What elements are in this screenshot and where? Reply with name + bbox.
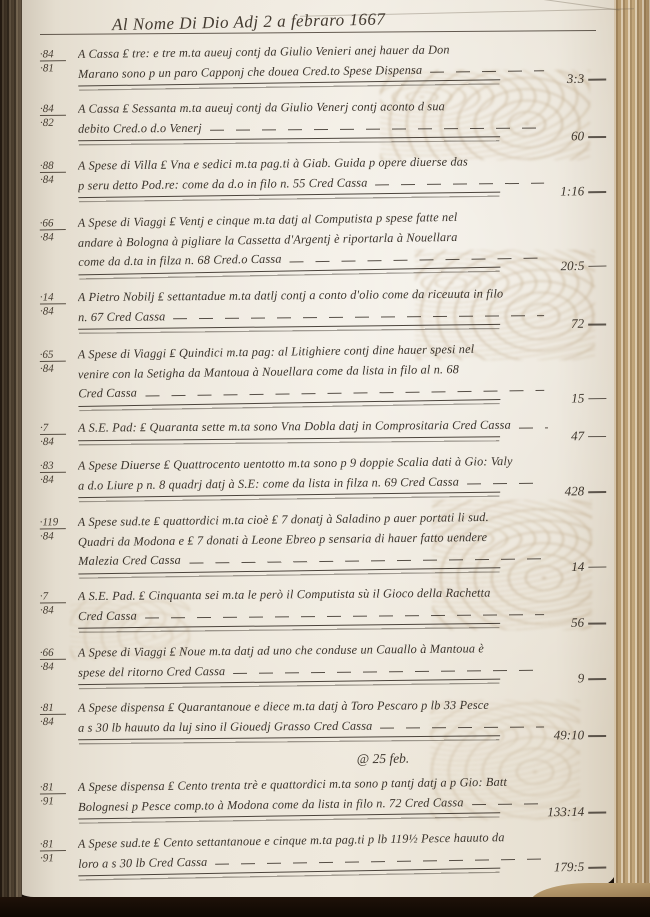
dash-filler xyxy=(519,424,548,432)
entry-line: a s 30 lb hauuto da luj sino il Giouedj … xyxy=(78,715,548,738)
dash-filler xyxy=(380,724,544,733)
entry-line-text: p seru detto Pod.re: come da d.o in filo… xyxy=(78,173,368,196)
entry-line-text: a d.o Liure p n. 8 quadrj datj à S.E: co… xyxy=(78,472,459,495)
ledger-entry: ·119 ·84 A Spese sud.te ₤ quattordici m.… xyxy=(40,504,607,577)
folio-bottom: ·84 xyxy=(40,360,66,374)
folio-bottom: ·91 xyxy=(40,793,66,807)
table-background xyxy=(0,897,650,917)
entry-amount: 1:16 xyxy=(560,183,606,199)
folio-numbers: ·83 ·84 xyxy=(40,459,74,485)
folio-bottom: ·84 xyxy=(40,229,66,243)
ledger-entry: ·65 ·84 A Spese di Viaggi ₤ Quindici m.t… xyxy=(40,336,607,410)
entry-line-text: Cred Cassa xyxy=(78,383,137,403)
dash-filler xyxy=(430,68,544,77)
entry-amount: 49:10 xyxy=(554,727,606,743)
folio-numbers: ·66 ·84 xyxy=(40,647,74,673)
entry-line-text: come da d.ta in filza n. 68 Cred.o Cassa xyxy=(78,250,282,273)
ledger-entry: ·7 ·84 A S.E. Pad. ₤ Cinquanta sei m.ta … xyxy=(40,581,606,633)
ledger-content: Al Nome Di Dio Adj 2 a febraro 1667 ·84 … xyxy=(40,4,606,885)
dash-filler xyxy=(145,386,544,400)
dash-filler xyxy=(189,555,544,567)
folio-top: ·84 xyxy=(40,48,74,60)
entry-amount: 3:3 xyxy=(567,71,607,87)
dash-filler xyxy=(467,479,544,488)
entry-line-text: Malezia Cred Cassa xyxy=(78,550,181,571)
ledger-entry: ·66 ·84 A Spese di Viaggi ₤ Ventj e cinq… xyxy=(40,204,607,279)
entry-line-text: n. 67 Cred Cassa xyxy=(78,306,166,326)
entry-amount: 428 xyxy=(565,483,607,499)
date-divider: @ 25 feb. xyxy=(160,748,606,770)
entry-line: A S.E. Pad. ₤ Cinquanta sei m.ta le però… xyxy=(78,583,548,607)
folio-top: ·65 xyxy=(40,348,74,360)
folio-bottom: ·84 xyxy=(40,528,66,542)
entry-amount: 14 xyxy=(571,558,606,574)
entry-amount: 133:14 xyxy=(547,804,606,821)
folio-numbers: ·65 ·84 xyxy=(40,348,74,374)
dash-filler xyxy=(145,611,544,622)
folio-top: ·83 xyxy=(40,459,74,471)
folio-top: ·119 xyxy=(40,516,74,528)
folio-bottom: ·84 xyxy=(40,602,66,616)
entry-line-text: a s 30 lb hauuto da luj sino il Giouedj … xyxy=(78,716,373,738)
folio-top: ·88 xyxy=(40,160,74,172)
folio-bottom: ·84 xyxy=(40,659,66,673)
folio-numbers: ·7 ·84 xyxy=(40,590,74,616)
dash-filler xyxy=(472,801,545,810)
underlying-page-edges xyxy=(614,0,650,917)
entry-line: A S.E. Pad: ₤ Quaranta sette m.ta sono V… xyxy=(78,415,548,438)
entry-amount: 72 xyxy=(571,315,606,331)
entry-amount: 15 xyxy=(571,389,606,405)
entry-line: debito Cred.o d.o Venerj xyxy=(78,116,548,139)
ledger-entry: ·83 ·84 A Spese Diuerse ₤ Quattrocento u… xyxy=(40,449,606,502)
folio-numbers: ·81 ·91 xyxy=(40,838,74,865)
entry-line-text: Cred Cassa xyxy=(78,606,137,626)
entry-line: A Pietro Nobilj ₤ settantadue m.ta datlj… xyxy=(78,284,548,308)
entry-amount: 47 xyxy=(571,428,606,444)
ledger-entry: ·84 ·81 A Cassa ₤ tre: e tre m.ta aueuj … xyxy=(40,37,607,91)
folio-numbers: ·119 ·84 xyxy=(40,516,74,542)
folio-top: ·81 xyxy=(40,838,74,851)
entry-line-text: loro a s 30 lb Cred Cassa xyxy=(78,852,208,874)
folio-numbers: ·14 ·84 xyxy=(40,291,74,317)
folio-bottom: ·84 xyxy=(40,714,66,728)
folio-numbers: ·84 ·82 xyxy=(40,103,74,129)
folio-top: ·66 xyxy=(40,647,74,659)
folio-top: ·14 xyxy=(40,291,74,303)
ledger-entry: ·14 ·84 A Pietro Nobilj ₤ settantadue m.… xyxy=(40,281,606,333)
dash-filler xyxy=(173,312,544,323)
entry-amount: 9 xyxy=(578,670,607,686)
folio-top: ·7 xyxy=(40,590,74,602)
dash-filler xyxy=(210,125,544,135)
folio-numbers: ·81 ·84 xyxy=(40,702,74,728)
entry-line-text: debito Cred.o d.o Venerj xyxy=(78,118,202,138)
entry-amount: 56 xyxy=(571,615,606,631)
folio-bottom: ·91 xyxy=(40,850,66,864)
folio-numbers: ·66 ·84 xyxy=(40,217,74,244)
folio-top: ·7 xyxy=(40,422,74,434)
entry-amount: 20:5 xyxy=(560,257,606,274)
folio-numbers: ·84 ·81 xyxy=(40,48,74,74)
folio-bottom: ·81 xyxy=(40,60,66,74)
dash-filler xyxy=(375,180,544,190)
folio-bottom: ·82 xyxy=(40,115,66,129)
dash-filler xyxy=(233,667,544,678)
ledger-entry: ·88 ·84 A Spese di Villa ₤ Vna e sedici … xyxy=(40,149,606,202)
manuscript-photo: Al Nome Di Dio Adj 2 a febraro 1667 ·84 … xyxy=(0,0,650,917)
folio-numbers: ·81 ·91 xyxy=(40,781,74,807)
entry-amount: 60 xyxy=(571,128,606,144)
book-binding-gutter xyxy=(0,0,22,917)
entry-amount: 179:5 xyxy=(554,859,607,876)
folio-numbers: ·7 ·84 xyxy=(40,422,74,448)
entry-line-text: A S.E. Pad: ₤ Quaranta sette m.ta sono V… xyxy=(78,416,511,439)
entry-line: n. 67 Cred Cassa xyxy=(78,303,548,327)
folio-top: ·84 xyxy=(40,103,74,115)
ledger-entry: ·84 ·82 A Cassa ₤ Sessanta m.ta aueuj co… xyxy=(40,94,606,145)
ledger-entry: ·66 ·84 A Spese di Viaggi ₤ Noue m.ta da… xyxy=(40,636,606,689)
ledger-entry: ·81 ·91 A Spese sud.te ₤ Cento settantan… xyxy=(40,825,607,881)
dash-filler xyxy=(290,254,545,266)
folio-bottom: ·84 xyxy=(40,303,66,317)
ledger-entry: ·7 ·84 A S.E. Pad: ₤ Quaranta sette m.ta… xyxy=(40,413,606,444)
entry-line: A Spese dispensa ₤ Quarantanoue e diece … xyxy=(78,695,548,718)
entry-line-text: spese del ritorno Cred Cassa xyxy=(78,662,225,683)
folio-bottom: ·84 xyxy=(40,434,66,448)
folio-bottom: ·84 xyxy=(40,172,66,186)
ledger-entry: ·81 ·84 A Spese dispensa ₤ Quarantanoue … xyxy=(40,693,606,744)
ledger-entry: ·81 ·91 A Spese dispensa ₤ Cento trenta … xyxy=(40,770,607,824)
folio-top: ·81 xyxy=(40,781,74,793)
folio-bottom: ·84 xyxy=(40,471,66,485)
folio-top: ·66 xyxy=(40,217,74,230)
folio-numbers: ·88 ·84 xyxy=(40,160,74,186)
folio-top: ·81 xyxy=(40,702,74,714)
